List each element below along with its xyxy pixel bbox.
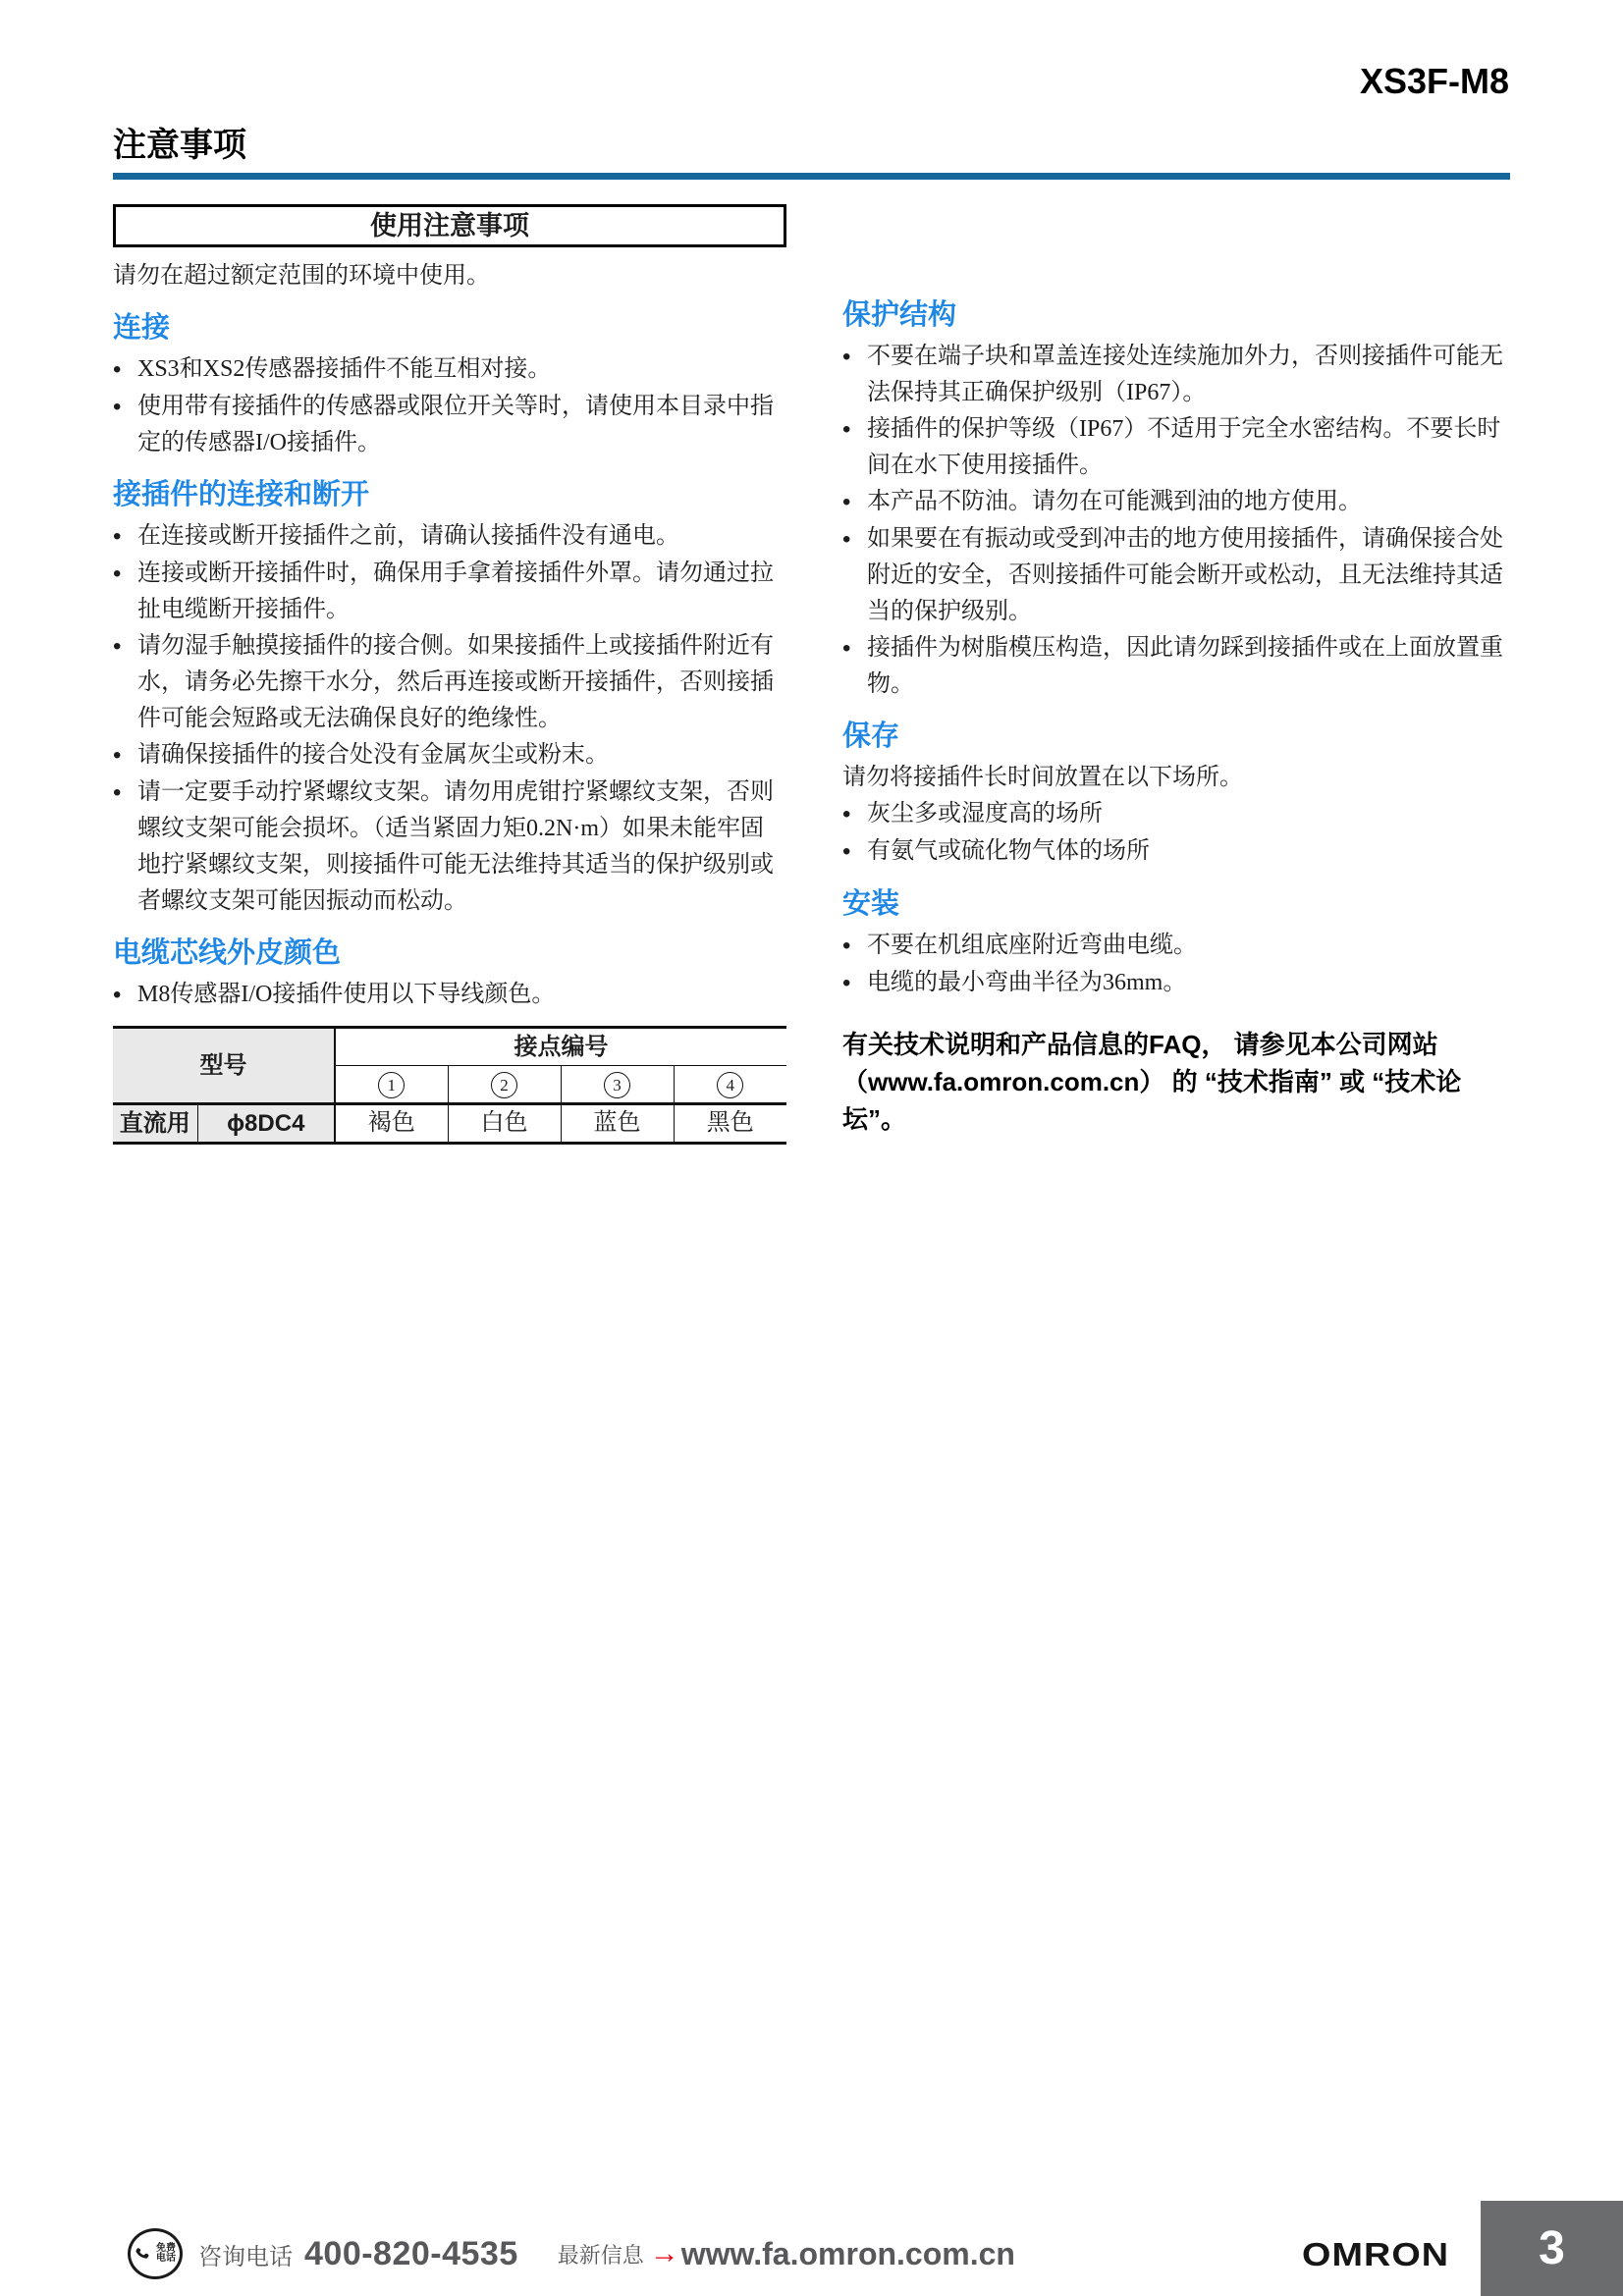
circled-number-icon: 4 <box>717 1072 743 1098</box>
section-heading: 接插件的连接和断开 <box>113 476 786 513</box>
phone-label: 咨询电话 <box>198 2237 293 2271</box>
bullet-text: 请一定要手动拧紧螺纹支架。请勿用虎钳拧紧螺纹支架，否则螺纹支架可能会损坏。（适当… <box>137 774 786 920</box>
bullet-icon <box>842 484 867 521</box>
bullet-text: 请确保接插件的接合处没有金属灰尘或粉末。 <box>137 737 786 774</box>
section-connection: 连接 XS3和XS2传感器接插件不能互相对接。 使用带有接插件的传感器或限位开关… <box>113 309 786 461</box>
bullet-item: 接插件的保护等级（IP67）不适用于完全水密结构。不要长时间在水下使用接插件。 <box>842 411 1514 484</box>
bullet-item: 请一定要手动拧紧螺纹支架。请勿用虎钳拧紧螺纹支架，否则螺纹支架可能会损坏。（适当… <box>113 774 786 920</box>
table-header-contact: 接点编号 <box>335 1028 786 1066</box>
bullet-icon <box>113 774 137 920</box>
bullet-icon <box>113 351 137 389</box>
bullet-icon <box>842 796 867 833</box>
bullet-item: 本产品不防油。请勿在可能溅到油的地方使用。 <box>842 484 1514 521</box>
bullet-item: 请确保接插件的接合处没有金属灰尘或粉末。 <box>113 737 786 774</box>
bullet-text: 在连接或断开接插件之前，请确认接插件没有通电。 <box>137 518 786 556</box>
bullet-text: 有氨气或硫化物气体的场所 <box>867 833 1514 871</box>
contact-number-4: 4 <box>674 1066 786 1104</box>
title-rule <box>113 173 1510 180</box>
phone-icon: 免费 电话 <box>128 2228 183 2279</box>
section-connect-disconnect: 接插件的连接和断开 在连接或断开接插件之前，请确认接插件没有通电。 连接或断开接… <box>113 476 786 920</box>
bullet-item: 电缆的最小弯曲半径为36mm。 <box>842 965 1514 1002</box>
bullet-icon <box>842 630 867 703</box>
wire-color-cell: 黑色 <box>674 1104 786 1144</box>
bullet-item: 接插件为树脂模压构造，因此请勿踩到接插件或在上面放置重物。 <box>842 630 1514 703</box>
section-protective-structure: 保护结构 不要在端子块和罩盖连接处连续施加外力，否则接插件可能无法保持其正确保护… <box>842 296 1514 703</box>
bullet-item: M8传感器I/O接插件使用以下导线颜色。 <box>113 977 786 1014</box>
bullet-item: 不要在机组底座附近弯曲电缆。 <box>842 928 1514 965</box>
phone-number: 400-820-4535 <box>304 2235 518 2273</box>
bullet-icon <box>113 628 137 737</box>
row-model-cell: ϕ8DC4 <box>197 1104 335 1144</box>
bullet-icon <box>842 965 867 1002</box>
info-label: 最新信息 <box>558 2239 644 2269</box>
wire-color-cell: 褐色 <box>335 1104 448 1144</box>
page-title: 注意事项 <box>113 126 246 165</box>
bullet-item: 有氨气或硫化物气体的场所 <box>842 833 1514 871</box>
bullet-icon <box>842 928 867 965</box>
bullet-item: 如果要在有振动或受到冲击的地方使用接插件，请确保接合处附近的安全，否则接插件可能… <box>842 521 1514 630</box>
usage-notice-title: 使用注意事项 <box>370 208 529 244</box>
wire-color-table: 型号 接点编号 1 2 3 4 直流用 ϕ8DC4 褐色 白色 蓝色 黑色 <box>113 1026 786 1145</box>
section-heading: 保存 <box>842 718 1514 755</box>
contact-number-2: 2 <box>448 1066 561 1104</box>
bullet-item: 使用带有接插件的传感器或限位开关等时，请使用本目录中指定的传感器I/O接插件。 <box>113 389 786 461</box>
section-heading: 电缆芯线外皮颜色 <box>113 934 786 972</box>
product-code: XS3F-M8 <box>1360 61 1509 102</box>
bullet-item: 不要在端子块和罩盖连接处连续施加外力，否则接插件可能无法保持其正确保护级别（IP… <box>842 339 1514 411</box>
bullet-icon <box>842 833 867 871</box>
bullet-text: 请勿湿手触摸接插件的接合侧。如果接插件上或接插件附近有水，请务必先擦干水分，然后… <box>137 628 786 737</box>
circled-number-icon: 1 <box>378 1072 405 1098</box>
bullet-icon <box>113 737 137 774</box>
circled-number-icon: 2 <box>491 1072 517 1098</box>
bullet-text: XS3和XS2传感器接插件不能互相对接。 <box>137 351 786 389</box>
faq-note: 有关技术说明和产品信息的FAQ， 请参见本公司网站（www.fa.omron.c… <box>842 1026 1514 1138</box>
bullet-icon <box>842 339 867 411</box>
circled-number-icon: 3 <box>604 1072 630 1098</box>
section-heading: 安装 <box>842 885 1514 923</box>
bullet-text: 本产品不防油。请勿在可能溅到油的地方使用。 <box>867 484 1514 521</box>
bullet-text: 灰尘多或湿度高的场所 <box>867 796 1514 833</box>
bullet-text: 不要在机组底座附近弯曲电缆。 <box>867 928 1514 965</box>
section-wire-colors: 电缆芯线外皮颜色 M8传感器I/O接插件使用以下导线颜色。 型号 接点编号 1 … <box>113 934 786 1145</box>
contact-number-1: 1 <box>335 1066 448 1104</box>
website-url: www.fa.omron.com.cn <box>681 2236 1015 2272</box>
document-page: XS3F-M8 注意事项 使用注意事项 请勿在超过额定范围的环境中使用。 连接 … <box>0 0 1623 2296</box>
section-heading: 保护结构 <box>842 296 1514 334</box>
table-header-model: 型号 <box>113 1028 335 1104</box>
section-storage: 保存 请勿将接插件长时间放置在以下场所。 灰尘多或湿度高的场所 有氨气或硫化物气… <box>842 718 1514 871</box>
section-heading: 连接 <box>113 309 786 347</box>
bullet-item: 连接或断开接插件时，确保用手拿着接插件外罩。请勿通过拉扯电缆断开接插件。 <box>113 556 786 628</box>
page-number-box: 3 <box>1481 2201 1623 2296</box>
section-installation: 安装 不要在机组底座附近弯曲电缆。 电缆的最小弯曲半径为36mm。 <box>842 885 1514 1002</box>
row-type-cell: 直流用 <box>113 1104 197 1144</box>
page-number: 3 <box>1539 2221 1565 2275</box>
omron-logo: OMRON <box>1302 2236 1449 2274</box>
bullet-text: 如果要在有振动或受到冲击的地方使用接插件，请确保接合处附近的安全，否则接插件可能… <box>867 521 1514 630</box>
bullet-icon <box>113 389 137 461</box>
footer: 免费 电话 咨询电话 400-820-4535 最新信息 → www.fa.om… <box>128 2224 1015 2283</box>
wire-color-cell: 白色 <box>448 1104 561 1144</box>
bullet-icon <box>842 411 867 484</box>
intro-text: 请勿在超过额定范围的环境中使用。 <box>113 258 786 294</box>
bullet-item: 灰尘多或湿度高的场所 <box>842 796 1514 833</box>
bullet-item: 在连接或断开接插件之前，请确认接插件没有通电。 <box>113 518 786 556</box>
phone-handset-icon <box>133 2243 155 2266</box>
right-column: 保护结构 不要在端子块和罩盖连接处连续施加外力，否则接插件可能无法保持其正确保护… <box>842 296 1514 1138</box>
arrow-right-icon: → <box>650 2239 679 2269</box>
bullet-text: 不要在端子块和罩盖连接处连续施加外力，否则接插件可能无法保持其正确保护级别（IP… <box>867 339 1514 411</box>
bullet-icon <box>113 556 137 628</box>
contact-number-3: 3 <box>561 1066 674 1104</box>
bullet-item: 请勿湿手触摸接插件的接合侧。如果接插件上或接插件附近有水，请务必先擦干水分，然后… <box>113 628 786 737</box>
bullet-text: 接插件的保护等级（IP67）不适用于完全水密结构。不要长时间在水下使用接插件。 <box>867 411 1514 484</box>
phone-icon-text: 免费 电话 <box>156 2244 176 2264</box>
storage-intro: 请勿将接插件长时间放置在以下场所。 <box>842 760 1514 796</box>
bullet-item: XS3和XS2传感器接插件不能互相对接。 <box>113 351 786 389</box>
bullet-text: 电缆的最小弯曲半径为36mm。 <box>867 965 1514 1002</box>
bullet-text: 使用带有接插件的传感器或限位开关等时，请使用本目录中指定的传感器I/O接插件。 <box>137 389 786 461</box>
bullet-icon <box>113 977 137 1014</box>
left-column: 使用注意事项 请勿在超过额定范围的环境中使用。 连接 XS3和XS2传感器接插件… <box>113 204 786 1145</box>
bullet-text: M8传感器I/O接插件使用以下导线颜色。 <box>137 977 786 1014</box>
bullet-text: 连接或断开接插件时，确保用手拿着接插件外罩。请勿通过拉扯电缆断开接插件。 <box>137 556 786 628</box>
wire-color-cell: 蓝色 <box>561 1104 674 1144</box>
usage-notice-box: 使用注意事项 <box>113 204 786 247</box>
bullet-icon <box>842 521 867 630</box>
bullet-icon <box>113 518 137 556</box>
bullet-text: 接插件为树脂模压构造，因此请勿踩到接插件或在上面放置重物。 <box>867 630 1514 703</box>
